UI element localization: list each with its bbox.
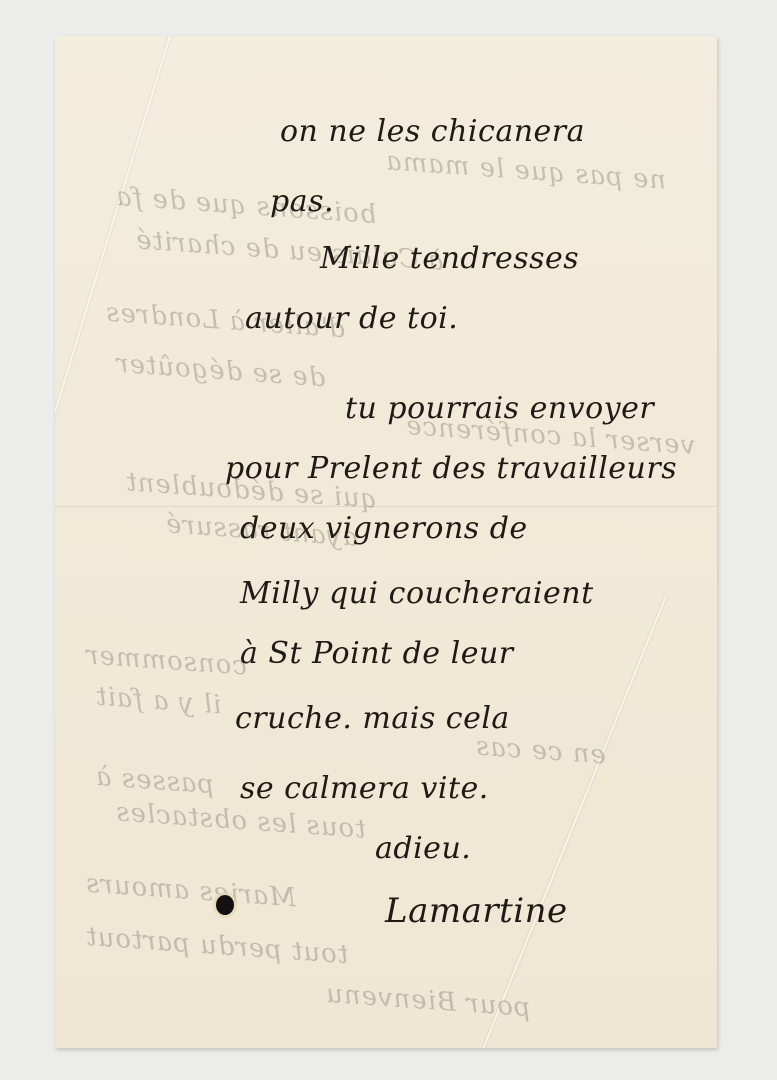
signature: Lamartine — [385, 891, 568, 931]
letter-line: à St Point de leur — [240, 636, 514, 671]
bleed-through-line: en ce cas — [474, 731, 607, 770]
letter-paper: ne pas que le mama boissons que de fa à … — [55, 36, 717, 1048]
letter-line: cruche. mais cela — [235, 701, 510, 736]
bleed-through-line: Maries amours — [84, 869, 297, 914]
punch-hole — [216, 895, 234, 915]
letter-line: Milly qui coucheraient — [240, 576, 594, 611]
letter-line: tu pourrais envoyer — [345, 391, 654, 426]
bleed-through-line: passes à — [94, 762, 215, 800]
letter-line: autour de toi. — [245, 301, 458, 336]
letter-line: pas. — [270, 184, 334, 219]
bleed-through-line: pour Bienvenu — [324, 979, 531, 1023]
bleed-through-line: ne pas que le mama — [384, 146, 667, 196]
paper-fold — [55, 506, 717, 507]
bleed-through-line: boissons que de fa — [114, 182, 377, 230]
bleed-through-line: consommer — [84, 640, 248, 681]
bleed-through-line: de se dégoûter — [114, 349, 326, 394]
bleed-through-line: il y a fait — [94, 682, 222, 721]
letter-line: deux vignerons de — [240, 511, 528, 546]
bleed-through-line: tout perdu partout — [84, 922, 349, 970]
letter-line: adieu. — [375, 831, 471, 866]
letter-line: on ne les chicanera — [280, 114, 585, 149]
letter-line: Mille tendresses — [320, 241, 579, 276]
letter-line: se calmera vite. — [240, 771, 489, 806]
letter-line: pour Prelent des travailleurs — [225, 451, 677, 486]
